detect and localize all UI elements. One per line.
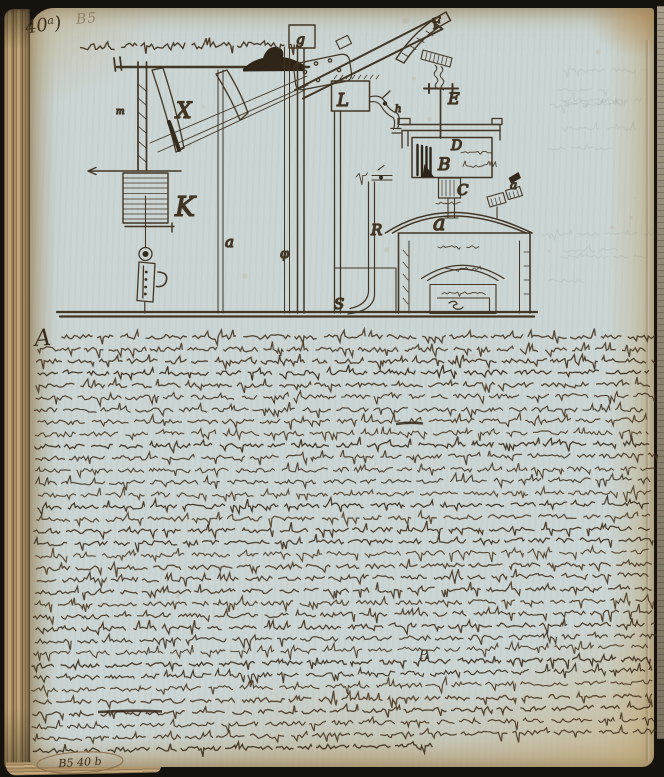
label-sector-x: X xyxy=(174,99,193,124)
archive-stamp-oval: B5 40 b xyxy=(37,750,124,775)
showthrough-line xyxy=(563,68,644,78)
foxing-spot xyxy=(610,226,614,230)
foxing-spot xyxy=(219,682,222,685)
chest-stem xyxy=(445,198,458,218)
steam-dome xyxy=(386,213,533,234)
showthrough-line xyxy=(560,253,648,258)
foxing-spot xyxy=(427,117,431,121)
wall-mark xyxy=(114,57,122,71)
boiler-shell xyxy=(399,233,531,313)
firebox xyxy=(430,285,496,314)
handwriting-line xyxy=(31,677,652,696)
boiler-inner-walls xyxy=(409,241,520,313)
folio-number-value: 40 xyxy=(24,14,50,38)
handwriting-line xyxy=(36,511,650,528)
pivot-plate xyxy=(294,54,352,90)
showthrough-line xyxy=(548,144,613,150)
diagram-annotation xyxy=(356,173,368,185)
strike-mark xyxy=(396,423,423,424)
fire-arch xyxy=(422,265,505,280)
handwriting-line xyxy=(35,450,658,465)
feed-cock xyxy=(383,101,387,105)
cylinder-triangle xyxy=(423,164,435,177)
pipe-elbow-flange xyxy=(391,129,401,134)
stack-bottom-plate xyxy=(125,223,174,232)
opening-capital: A xyxy=(32,325,52,352)
handwriting-line xyxy=(37,569,649,587)
label-pipe-r: R xyxy=(370,221,382,239)
boiler-wall-hatch xyxy=(403,250,530,304)
valve-chest-hatch xyxy=(442,180,454,196)
label-piston-e: E xyxy=(447,89,460,108)
handwriting-line xyxy=(37,496,649,514)
label-tank-l: L xyxy=(336,90,349,111)
label-cock-h: h xyxy=(395,104,401,115)
lintel xyxy=(402,125,500,131)
label-chest-c: C xyxy=(457,181,469,199)
foxing-spot xyxy=(480,405,483,408)
label-rod-phi: φ xyxy=(280,247,290,262)
plate-bolt xyxy=(303,70,306,73)
label-pipe-s: S xyxy=(334,295,344,313)
handwriting-line xyxy=(33,726,656,743)
counterweight xyxy=(243,47,305,72)
handwriting-line xyxy=(36,618,656,634)
foxing-spot xyxy=(175,594,180,599)
handwriting-line xyxy=(34,534,653,552)
handwriting-line xyxy=(33,604,652,624)
handwriting-line xyxy=(35,632,657,650)
left-post-hatch xyxy=(138,84,146,162)
label-cylinder-b: B xyxy=(437,155,451,175)
ink-showthrough xyxy=(50,18,653,759)
foxing-spot xyxy=(242,273,247,278)
handwriting-line xyxy=(34,402,643,418)
inline-token-p: P. xyxy=(418,648,429,663)
feed-cock-handle xyxy=(383,91,390,98)
diagram-annotation xyxy=(461,152,491,155)
handwriting-line xyxy=(34,593,653,613)
pump-label-flourish xyxy=(157,272,167,287)
foxing-spot xyxy=(596,50,601,55)
foxing-spot xyxy=(202,105,206,109)
foxing-spot xyxy=(412,76,416,80)
manuscript-scan: 40a) B5 xyxy=(0,0,664,777)
handwriting-line xyxy=(33,521,649,538)
handwriting-line xyxy=(38,413,647,430)
handwriting-line xyxy=(35,582,651,600)
handwriting-line xyxy=(33,691,652,708)
showthrough-line xyxy=(541,229,653,240)
pump-knob-center xyxy=(143,251,149,257)
label-rod-a: a xyxy=(225,233,234,251)
ash-flourish xyxy=(449,301,463,309)
blowoff-cock-body xyxy=(379,176,383,180)
label-cover-d: D xyxy=(450,138,462,154)
handwriting-line xyxy=(36,354,656,369)
handwriting-line xyxy=(36,473,651,490)
showthrough-line xyxy=(562,121,637,131)
foxing-spot xyxy=(630,216,633,219)
handwriting-line xyxy=(38,365,649,381)
pump-bolt xyxy=(145,278,148,281)
guide-rod-a xyxy=(218,70,223,313)
stamp-text: B5 40 b xyxy=(57,755,102,770)
foxing-spot xyxy=(548,250,551,253)
handwritten-text-block xyxy=(31,38,658,757)
handwriting-line xyxy=(36,391,655,406)
label-arc-f: F xyxy=(429,14,445,33)
archive-shelfmark: B5 xyxy=(75,10,98,28)
label-safety-a: a xyxy=(510,178,517,192)
showthrough-line xyxy=(564,245,618,253)
handwriting-line xyxy=(61,329,654,345)
foxing-spot xyxy=(384,247,389,252)
handwriting-line xyxy=(36,377,650,393)
foxing-spot xyxy=(436,71,438,73)
label-stack-k: K xyxy=(174,192,197,223)
showthrough-line xyxy=(548,279,584,283)
plate-bolt xyxy=(328,59,331,62)
showthrough-line xyxy=(559,88,609,96)
showthrough-line xyxy=(550,99,618,113)
pump-bolt xyxy=(145,271,148,274)
handwriting-line xyxy=(35,463,655,478)
handwriting-line xyxy=(32,713,654,732)
page-artwork: m X K a φ g L h F E D B C a a R S A P. B… xyxy=(0,0,664,777)
diagram-annotation xyxy=(442,292,485,297)
handwriting-line xyxy=(32,654,651,672)
label-bearing-g: g xyxy=(296,32,305,48)
guide-rod-phi xyxy=(285,47,290,313)
handwriting-line xyxy=(35,546,648,562)
handwriting-line xyxy=(38,486,651,502)
pump-bolt xyxy=(144,286,147,289)
foxing-spot xyxy=(403,18,409,24)
pump-bolt xyxy=(144,293,147,296)
foxing-spot xyxy=(207,758,209,760)
pump-body xyxy=(137,262,155,302)
downpipe-r xyxy=(348,182,375,314)
beam-slider xyxy=(336,35,352,49)
handwriting-line xyxy=(36,559,652,577)
label-mark-m: m xyxy=(116,107,125,117)
foxing-spot xyxy=(634,197,636,199)
frame-upright xyxy=(335,111,341,313)
strike-mark xyxy=(98,711,162,712)
lintel-ticks xyxy=(334,75,379,79)
showthrough-line xyxy=(563,98,622,108)
label-dome-a: a xyxy=(433,211,446,235)
handwriting-line xyxy=(38,342,646,359)
handwriting-line xyxy=(35,427,649,441)
handwriting-line xyxy=(34,437,649,453)
title-handwriting xyxy=(80,38,294,55)
plate-bolt xyxy=(314,62,317,65)
foxing-spot xyxy=(469,354,475,360)
lintel-right-bracket xyxy=(492,119,502,141)
steam-engine-drawing: m X K a φ g L h F E D B C a a R S xyxy=(57,12,537,317)
diagram-annotation xyxy=(438,246,479,250)
chain-links xyxy=(434,65,444,90)
